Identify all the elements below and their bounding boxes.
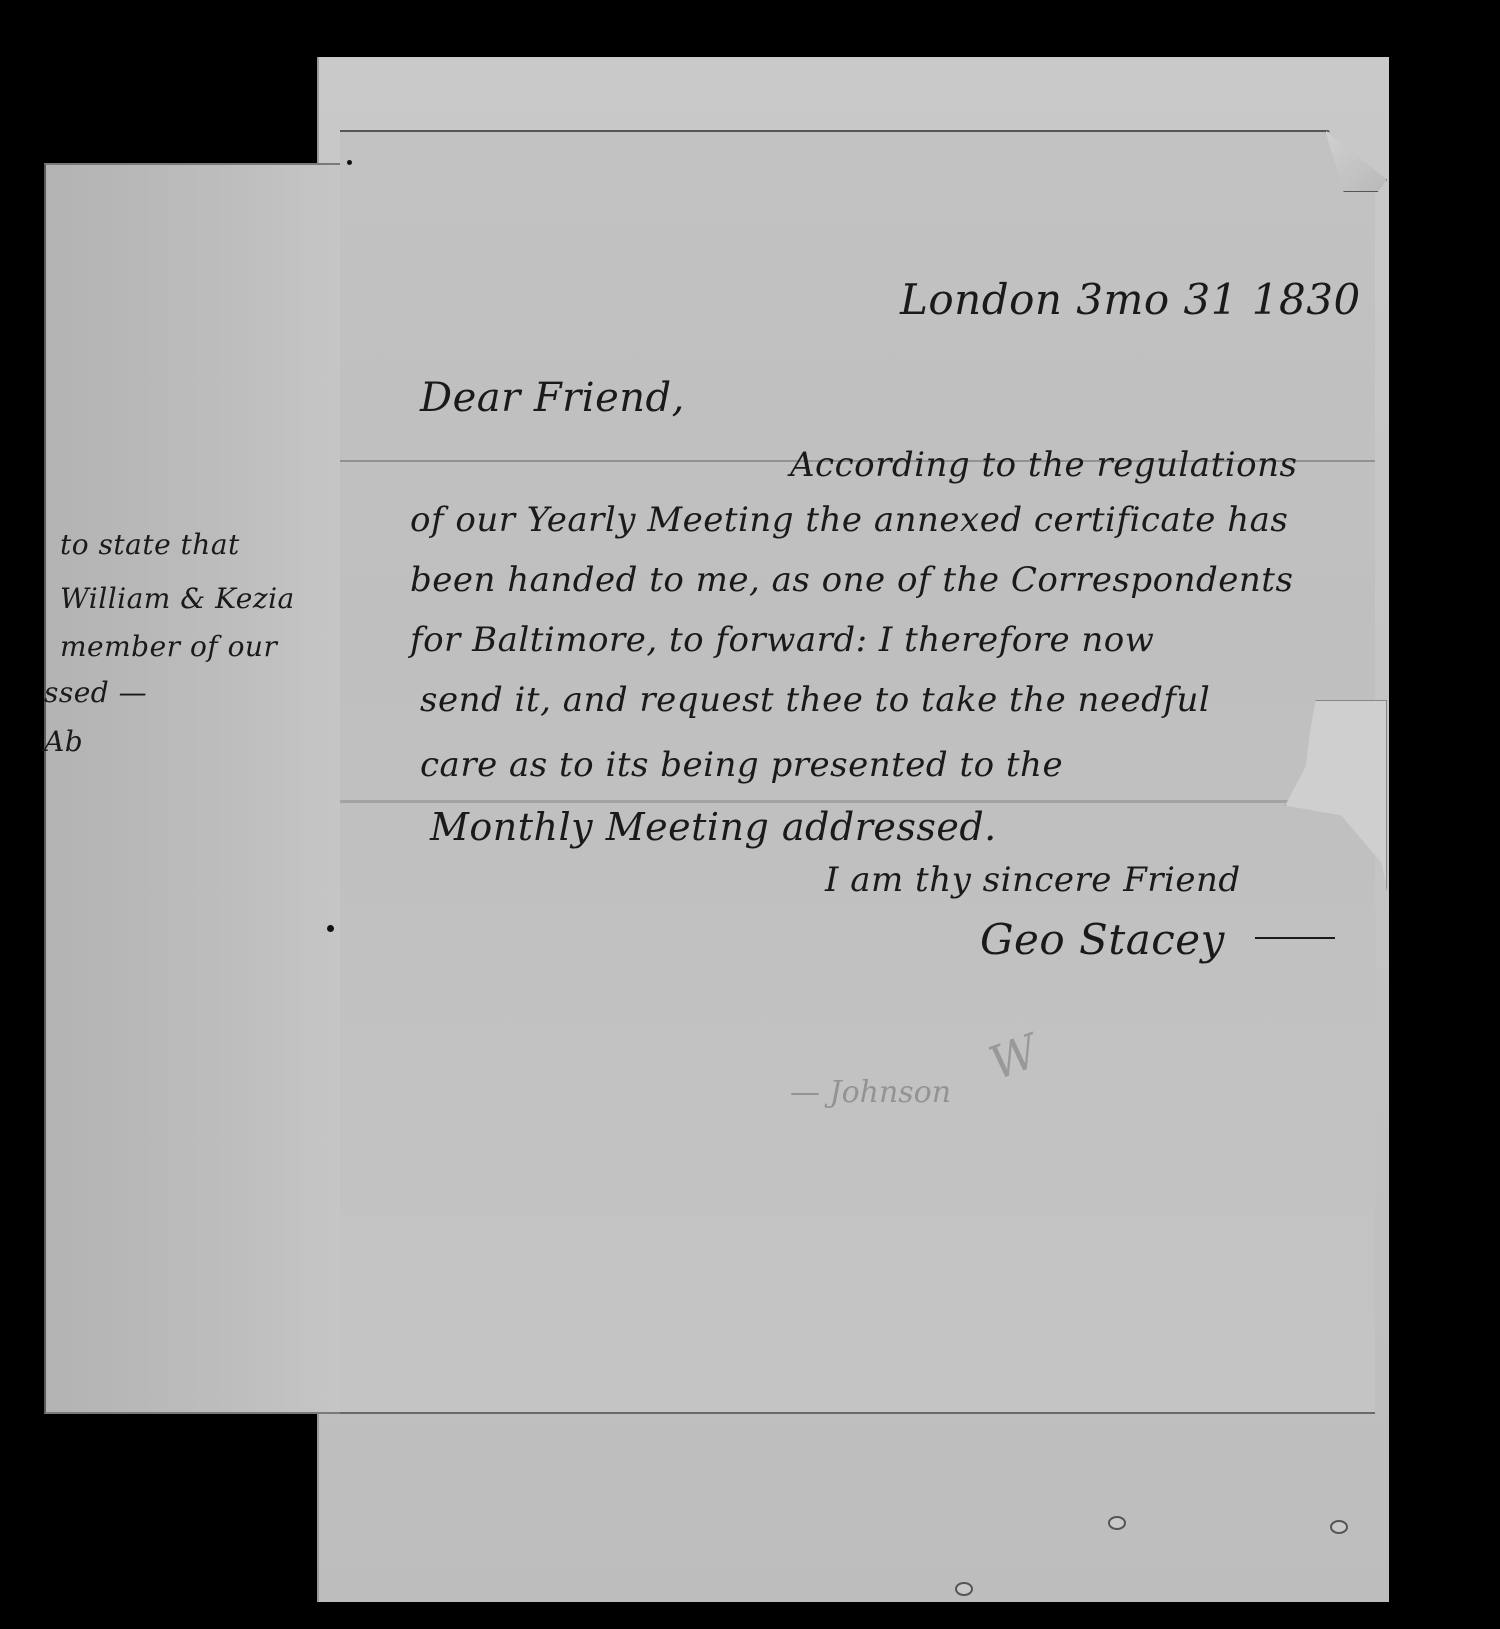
left-sheet-fragment bbox=[44, 163, 346, 1414]
left-fragment-line: member of our bbox=[60, 630, 277, 663]
letter-body-line: send it, and request thee to take the ne… bbox=[420, 680, 1210, 720]
letter-salutation: Dear Friend, bbox=[420, 375, 685, 421]
left-fragment-line: William & Kezia bbox=[60, 582, 295, 615]
letter-body-line: Monthly Meeting addressed. bbox=[430, 805, 997, 849]
paper-hole-mark bbox=[1330, 1520, 1348, 1534]
left-fragment-line: Ab bbox=[44, 725, 83, 758]
fold-crease bbox=[340, 800, 1375, 803]
letter-body-line: According to the regulations bbox=[790, 445, 1297, 485]
letter-signature: Geo Stacey bbox=[980, 915, 1225, 964]
faint-annotation: — Johnson bbox=[790, 1075, 951, 1110]
left-fragment-line: ssed — bbox=[44, 676, 147, 709]
letter-dateline: London 3mo 31 1830 bbox=[900, 275, 1361, 324]
ink-spot bbox=[347, 160, 352, 165]
letter-closing: I am thy sincere Friend bbox=[825, 860, 1241, 900]
signature-flourish bbox=[1255, 937, 1335, 939]
ink-spot bbox=[327, 925, 334, 932]
left-fragment-line: to state that bbox=[60, 528, 240, 561]
paper-hole-mark bbox=[955, 1582, 973, 1596]
letter-body-line: care as to its being presented to the bbox=[420, 745, 1063, 785]
letter-body-line: been handed to me, as one of the Corresp… bbox=[410, 560, 1293, 600]
paper-hole-mark bbox=[1108, 1516, 1126, 1530]
letter-body-line: for Baltimore, to forward: I therefore n… bbox=[410, 620, 1154, 660]
letter-body-line: of our Yearly Meeting the annexed certif… bbox=[410, 500, 1288, 540]
